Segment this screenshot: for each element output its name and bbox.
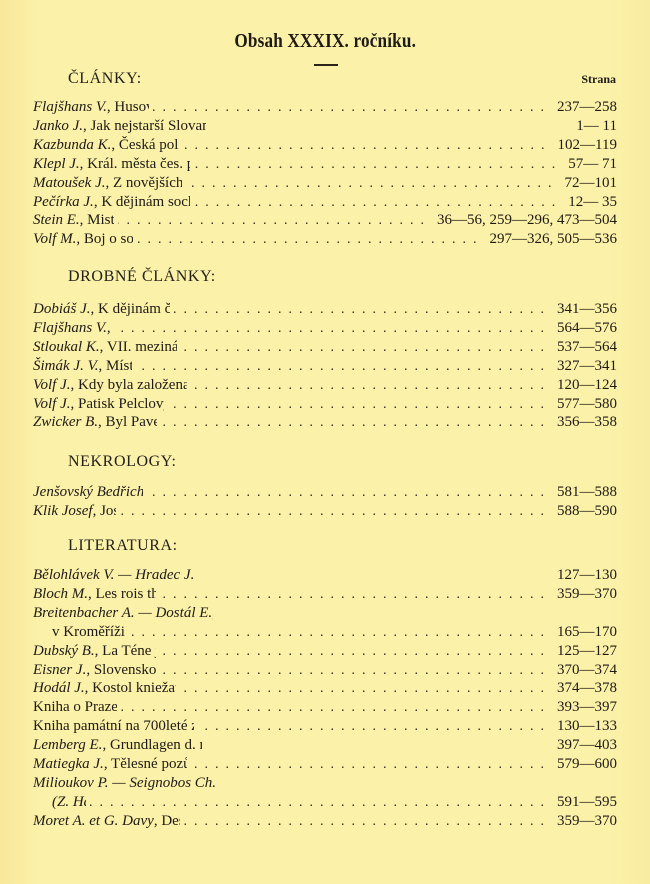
entry-text: Šimák J. V., Místopisné drobnosti (33, 356, 132, 376)
entry-pages: 120—124 (557, 375, 617, 395)
toc-entry: Pečírka J., K dějinám sochařství v lucem… (33, 192, 617, 212)
toc-entry: Stloukal K., VII. mezinárodní kongres hi… (33, 337, 617, 357)
entry-pages: 127—130 (557, 565, 617, 585)
toc-entry: Milioukov P. — Seignobos Ch. — Eisenmann… (33, 773, 617, 793)
entry-text: (Z. Hájek) (52, 792, 86, 812)
entry-title: K dějinám českého jihovýchodu r. 1425 (98, 301, 170, 317)
entry-title: Byl Pavel Stránský Český bratr? (106, 414, 158, 430)
entry-text: Stloukal K., VII. mezinárodní kongres hi… (33, 337, 177, 357)
entry-text: Volf J., Kdy byla založena v Čechách prv… (33, 375, 187, 395)
entry-text: Flajšhans V., M. Vavřinec (33, 318, 113, 338)
entry-title: VII. mezinárodní kongres hist. ve Varšav… (107, 339, 177, 355)
entry-text: Jenšovský Bedřich, Za J. B. Novákem (33, 482, 143, 502)
title-divider (314, 64, 338, 66)
toc-entry: Bloch M., Les rois thaumaturges (B. Mend… (33, 584, 617, 604)
entry-pages: 356—358 (557, 412, 617, 432)
entry-author: Bělohlávek V. — Hradec J. (33, 567, 194, 583)
toc-entry: Volf M., Boj o solný monopol v Čechách..… (33, 229, 617, 249)
entry-pages: 57— 71 (568, 154, 617, 174)
entry-title: Jak nejstarší Slované vstupovali v okruh… (90, 118, 206, 134)
entry-pages: 165—170 (557, 622, 617, 642)
entry-separator: , (71, 377, 79, 393)
entry-author: Eisner J. (33, 662, 86, 678)
entry-separator: , (104, 756, 111, 772)
entry-text: Pečírka J., K dějinám sochařství v lucem… (33, 192, 190, 212)
entry-title: v Kroměříži (52, 624, 125, 640)
leader-dots: ........................................… (137, 230, 483, 250)
entry-text: Kazbunda K., Česká politika na počátku é… (33, 135, 179, 155)
entry-author: Kazbunda K. (33, 137, 111, 153)
entry-text: Moret A. et G. Davy, Des Clans aux Empir… (33, 811, 180, 831)
entry-title: Patisk Pelclovy Kurzgefaßte Geschichte (78, 396, 164, 412)
toc-entry: Klik Josef, Josef Kazimour..............… (33, 501, 617, 521)
entry-pages: 237—258 (557, 97, 617, 117)
entry-pages: 102—119 (558, 135, 617, 155)
entry-text: Flajšhans V., Husovo odvolání ke Kristu (33, 97, 149, 117)
toc-entry: Šimák J. V., Místopisné drobnosti.......… (33, 356, 617, 376)
entry-separator: , (99, 358, 107, 374)
toc-entry: Kniha o Praze (F. Žákavec)..............… (33, 697, 617, 717)
toc-entry: Eisner J., Slovensko v pravěku (J. Schrá… (33, 660, 617, 680)
entry-title: Česká politika na počátku éry Belcrediho (119, 137, 179, 153)
entry-pages: 125—127 (557, 641, 617, 661)
entry-author: Moret A. et G. Davy (33, 813, 154, 829)
toc-entry: Kniha památní na 700leté založení čes. k… (33, 716, 617, 736)
leader-dots: ........................................… (120, 502, 551, 522)
toc-entry: Volf J., Patisk Pelclovy Kurzgefaßte Ges… (33, 394, 617, 414)
entry-author: Klik Josef (33, 503, 93, 519)
entry-pages: 588—590 (557, 501, 617, 521)
entry-text: Bloch M., Les rois thaumaturges (B. Mend… (33, 584, 156, 604)
entry-text: Breitenbacher A. — Dostál E., Katalog ar… (33, 603, 213, 623)
entry-reviewer: (F. Žákavec) (125, 624, 128, 640)
section-heading: LITERATURA: (68, 537, 178, 555)
toc-entry: Dobiáš J., K dějinám českého jihovýchodu… (33, 299, 617, 319)
entry-title: Les rois thaumaturges (95, 586, 155, 602)
entry-title: Kniha o Praze (33, 699, 117, 715)
entry-separator: , (86, 662, 94, 678)
toc-entry: Janko J., Jak nejstarší Slované vstupova… (33, 116, 617, 136)
entry-author: Pečírka J. (33, 194, 94, 210)
entry-text: Hodál J., Kostol kniežaťa Privinu v Nitr… (33, 678, 176, 698)
entry-title: K dějinám sochařství v lucemburských Čec… (101, 194, 190, 210)
entry-reviewer: (Z. Hájek) (52, 794, 86, 810)
toc-page: Obsah XXXIX. ročníku. Strana ČLÁNKY:Flaj… (0, 0, 650, 884)
toc-entry: Flajšhans V., Husovo odvolání ke Kristu.… (33, 97, 617, 117)
entry-author: Matoušek J. (33, 175, 105, 191)
entry-title: Místopisné drobnosti (106, 358, 132, 374)
entry-text: Matoušek J., Z novějších studií italskýc… (33, 173, 182, 193)
toc-entry: Hodál J., Kostol kniežaťa Privinu v Nitr… (33, 678, 617, 698)
entry-title: Mistr Jindřich z Bitterfeldu (87, 212, 114, 228)
entry-text: Lemberg E., Grundlagen d. national. Erwa… (33, 735, 202, 755)
entry-title: Tělesné pozůstatky českých králů (111, 756, 187, 772)
entry-pages: 393—397 (557, 697, 617, 717)
entry-separator: , (76, 231, 84, 247)
entry-pages: 397—403 (557, 735, 617, 755)
entry-pages: 591—595 (557, 792, 617, 812)
toc-entry: Dubský B., La Téne jižních Čech (J. Eisn… (33, 641, 617, 661)
entry-author: Bloch M. (33, 586, 88, 602)
entry-separator: , (93, 503, 101, 519)
entry-pages: 327—341 (557, 356, 617, 376)
leader-dots: ........................................… (161, 413, 551, 433)
entry-author: Volf M. (33, 231, 76, 247)
entry-text: Klik Josef, Josef Kazimour (33, 501, 116, 521)
toc-entry: Matoušek J., Z novějších studií italskýc… (33, 173, 617, 193)
entry-title: Husovo odvolání ke Kristu (114, 99, 148, 115)
entry-author: Dubský B. (33, 643, 95, 659)
toc-entry: v Kroměříži (F. Žákavec)................… (52, 622, 617, 642)
entry-text: Bělohlávek V. — Hradec J., Dějiny čes. k… (33, 565, 194, 585)
entry-title: Boj o solný monopol v Čechách (84, 231, 134, 247)
toc-entry: Volf J., Kdy byla založena v Čechách prv… (33, 375, 617, 395)
entry-separator: , (102, 737, 110, 753)
section-heading: DROBNÉ ČLÁNKY: (68, 268, 216, 286)
entry-author: Jenšovský Bedřich (33, 484, 143, 500)
entry-author: Milioukov P. — Seignobos Ch. — Eisenmann… (33, 775, 219, 791)
entry-author: Volf J. (33, 396, 71, 412)
entry-text: Kniha památní na 700leté založení čes. k… (33, 716, 194, 736)
entry-text: Kniha o Praze (F. Žákavec) (33, 697, 117, 717)
entry-text: Eisner J., Slovensko v pravěku (J. Schrá… (33, 660, 156, 680)
entry-author: Breitenbacher A. — Dostál E. (33, 605, 212, 621)
entry-pages: 579—600 (557, 754, 617, 774)
entry-author: Klepl J. (33, 156, 80, 172)
entry-text: Stein E., Mistr Jindřich z Bitterfeldu (33, 210, 114, 230)
entry-title: Z novějších studií italských o risorgime… (113, 175, 182, 191)
toc-entry: Zwicker B., Byl Pavel Stránský Český bra… (33, 412, 617, 432)
leader-dots: ........................................… (184, 812, 551, 832)
entry-text: Volf M., Boj o solný monopol v Čechách (33, 229, 133, 249)
entry-text: Dubský B., La Téne jižních Čech (J. Eisn… (33, 641, 156, 661)
entry-pages: 537—564 (557, 337, 617, 357)
entry-pages: 359—370 (557, 584, 617, 604)
toc-entry: Flajšhans V., M. Vavřinec...............… (33, 318, 617, 338)
entry-separator: , (212, 605, 213, 621)
toc-entry: Matiegka J., Tělesné pozůstatky českých … (33, 754, 617, 774)
entry-author: Lemberg E. (33, 737, 102, 753)
entry-separator: , (100, 339, 107, 355)
entry-title: Kdy byla založena v Čechách první zednář… (78, 377, 187, 393)
entry-separator: , (98, 414, 106, 430)
entry-text: Janko J., Jak nejstarší Slované vstupova… (33, 116, 206, 136)
entry-author: Matiegka J. (33, 756, 104, 772)
entry-title: Kostol kniežaťa Privinu v Nitre (92, 680, 176, 696)
toc-entry: (Z. Hájek)..............................… (52, 792, 617, 812)
entry-separator: , (107, 320, 113, 336)
entry-pages: 130—133 (557, 716, 617, 736)
entry-author: Zwicker B. (33, 414, 98, 430)
entry-author: Dobiáš J. (33, 301, 91, 317)
entry-title: Grundlagen d. national. Erwachens in Bhm… (110, 737, 202, 753)
entry-author: Volf J. (33, 377, 71, 393)
entry-text: Volf J., Patisk Pelclovy Kurzgefaßte Ges… (33, 394, 164, 414)
toc-entry: Jenšovský Bedřich, Za J. B. Novákem.....… (33, 482, 617, 502)
entry-pages: 577—580 (557, 394, 617, 414)
toc-entry: Moret A. et G. Davy, Des Clans aux Empir… (33, 811, 617, 831)
toc-entry: Kazbunda K., Česká politika na počátku é… (33, 135, 617, 155)
entry-pages: 341—356 (557, 299, 617, 319)
toc-entry: Lemberg E., Grundlagen d. national. Erwa… (33, 735, 617, 755)
entry-pages: 374—378 (557, 678, 617, 698)
entry-text: v Kroměříži (F. Žákavec) (52, 622, 128, 642)
entry-title: Kniha památní na 700leté založení čes. k… (33, 718, 194, 734)
entry-author: Šimák J. V. (33, 358, 99, 374)
entry-title: Král. města čes. počátkem XVIII. st. (Do… (87, 156, 189, 172)
entry-title: La Téne jižních Čech (102, 643, 156, 659)
entry-author: Stein E. (33, 212, 80, 228)
entry-text: Matiegka J., Tělesné pozůstatky českých … (33, 754, 187, 774)
entry-pages: 359—370 (557, 811, 617, 831)
entry-author: Janko J. (33, 118, 83, 134)
entry-title: Des Clans aux Empires (161, 813, 180, 829)
entry-pages: 297—326, 505—536 (490, 229, 618, 249)
section-heading: NEKROLOGY: (68, 453, 177, 471)
entry-title: Slovensko v pravěku (94, 662, 157, 678)
entry-separator: , (105, 175, 113, 191)
page-title: Obsah XXXIX. ročníku. (39, 31, 611, 53)
entry-separator: , (71, 396, 79, 412)
entry-pages: 1— 11 (576, 116, 617, 136)
entry-pages: 36—56, 259—296, 473—504 (437, 210, 617, 230)
entry-pages: 12— 35 (568, 192, 617, 212)
entry-pages: 72—101 (565, 173, 618, 193)
entry-author: Stloukal K. (33, 339, 100, 355)
entry-separator: , (91, 301, 99, 317)
entry-author: Flajšhans V. (33, 99, 107, 115)
entry-separator: , (111, 137, 119, 153)
entry-pages: 581—588 (557, 482, 617, 502)
entry-author: Flajšhans V. (33, 320, 107, 336)
toc-entry: Stein E., Mistr Jindřich z Bitterfeldu..… (33, 210, 617, 230)
page-column-header: Strana (581, 72, 616, 87)
toc-entry: Bělohlávek V. — Hradec J., Dějiny čes. k… (33, 565, 617, 585)
entry-title: Josef Kazimour (100, 503, 116, 519)
toc-entry: Breitenbacher A. — Dostál E., Katalog ar… (33, 603, 617, 623)
entry-text: Klepl J., Král. města čes. počátkem XVII… (33, 154, 190, 174)
entry-pages: 564—576 (557, 318, 617, 338)
entry-text: Dobiáš J., K dějinám českého jihovýchodu… (33, 299, 170, 319)
toc-entry: Klepl J., Král. města čes. počátkem XVII… (33, 154, 617, 174)
entry-text: Milioukov P. — Seignobos Ch. — Eisenmann… (33, 773, 219, 793)
entry-author: Hodál J. (33, 680, 85, 696)
section-heading: ČLÁNKY: (68, 70, 142, 88)
entry-text: Zwicker B., Byl Pavel Stránský Český bra… (33, 412, 157, 432)
entry-pages: 370—374 (557, 660, 617, 680)
